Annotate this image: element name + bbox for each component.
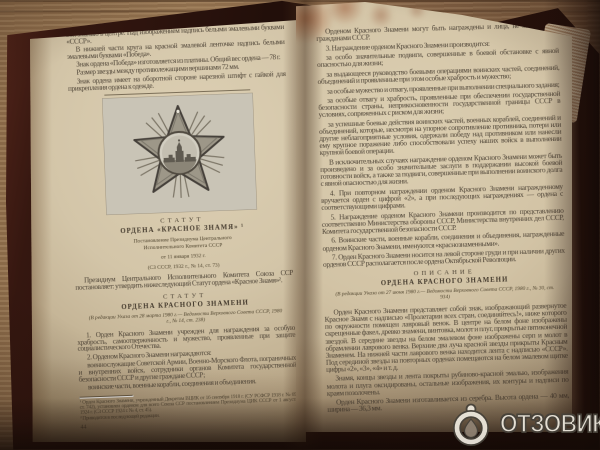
preamble-paragraph: Президиум Центрального Исполнительного К…: [75, 270, 293, 292]
otzovik-watermark: ОТЗОВИК: [444, 397, 600, 450]
order-pobeda-star-icon: [102, 94, 256, 215]
right-edge-shadow: [544, 0, 600, 450]
otzovik-logo-icon: [444, 397, 498, 450]
otzovik-wordmark: ОТЗОВИК: [500, 410, 600, 439]
statute-paragraph: за успешные боевые действия воинских час…: [319, 114, 562, 157]
order-pobeda-photo: [102, 94, 256, 215]
right-page-text: Орденом Красного Знамени могут быть нагр…: [316, 21, 569, 416]
book-gutter-shadow: [283, 0, 323, 450]
description-paragraph: Орден Красного Знамени представляет собо…: [324, 302, 568, 373]
right-page: Орденом Красного Знамени могут быть нагр…: [296, 2, 572, 432]
left-page-text: вой эмалью в центре. Над изображением на…: [66, 24, 298, 431]
left-page: вой эмалью в центре. Над изображением на…: [30, 20, 306, 442]
book-photo: вой эмалью в центре. Над изображением на…: [0, 0, 600, 450]
